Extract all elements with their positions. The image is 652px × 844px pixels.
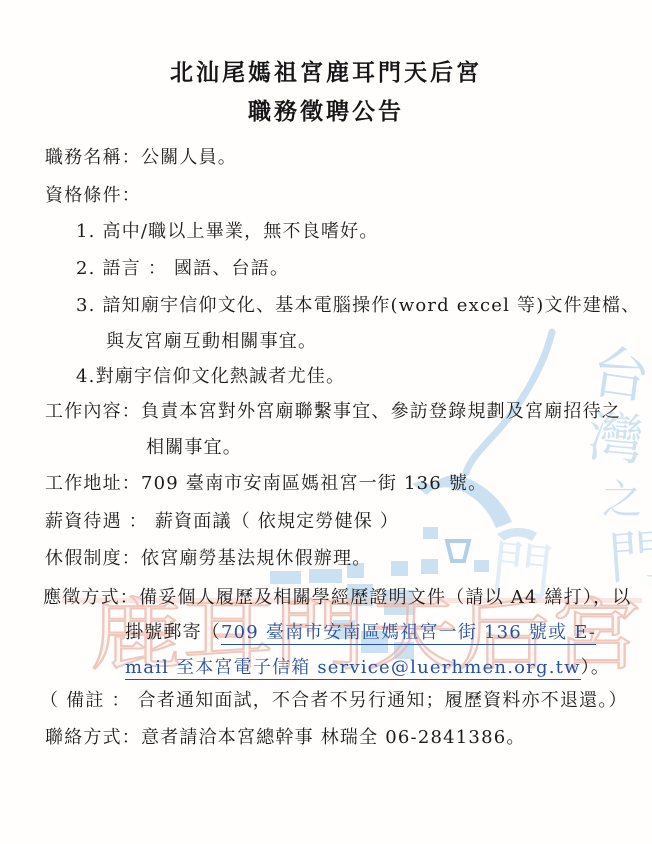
contact-line: 聯絡方式：意者請洽本宮總幹事 林瑞全 06-2841386。: [45, 727, 526, 749]
doc-subtitle: 職務徵聘公告: [0, 93, 652, 126]
work-address-line: 工作地址：709 臺南市安南區媽祖宮一街 136 號。: [45, 473, 487, 495]
note-line: （ 備註 ： 合者通知面試，不合者不另行通知；履歷資料亦不退還。）: [40, 690, 628, 712]
job-content-line2: 相關事宜。: [146, 437, 242, 459]
qualification-header: 資格條件：: [45, 185, 141, 207]
apply-line2: 掛號郵寄（709 臺南市安南區媽祖宮一街 136 號或 E-: [125, 622, 596, 644]
holiday-line: 休假制度：依宮廟勞基法規休假辦理。: [45, 548, 371, 570]
qualification-item-2: 2. 語言 ： 國語、台語。: [76, 258, 289, 280]
qualification-item-1: 1. 高中/職以上畢業，無不良嗜好。: [76, 221, 379, 243]
doc-title: 北汕尾媽祖宮鹿耳門天后宮: [0, 54, 652, 87]
document-content: 北汕尾媽祖宮鹿耳門天后宮 職務徵聘公告 職務名稱：公關人員。 資格條件： 1. …: [0, 0, 652, 844]
job-name-line: 職務名稱：公關人員。: [45, 147, 237, 169]
mail-address-link-line2[interactable]: mail 至本宮電子信箱 service@luerhmen.org.tw: [125, 657, 581, 680]
document-page: 台 灣 之 門 門: [0, 0, 652, 844]
apply-line3-suffix: ）。: [581, 657, 610, 678]
apply-line1: 應徵方式：備妥個人履歷及相關學經歷證明文件（請以 A4 繕打），以: [43, 587, 632, 609]
apply-line2-prefix: 掛號郵寄（: [125, 622, 221, 643]
job-content-line1: 工作內容：負責本宮對外宮廟聯繫事宜、參訪登錄規劃及宮廟招待之: [45, 401, 621, 423]
mail-address-link-line1[interactable]: 709 臺南市安南區媽祖宮一街 136 號或 E-: [221, 622, 596, 645]
qualification-item-4: 4.對廟宇信仰文化熱誠者尤佳。: [76, 366, 345, 388]
qualification-item-3-line1: 3. 諳知廟宇信仰文化、基本電腦操作(word excel 等)文件建檔、: [76, 295, 640, 317]
apply-line3: mail 至本宮電子信箱 service@luerhmen.org.tw）。: [125, 657, 610, 679]
qualification-item-3-line2: 與友宮廟互動相關事宜。: [106, 331, 317, 353]
salary-line: 薪資待遇 ： 薪資面議（ 依規定勞健保 ）: [45, 511, 399, 533]
